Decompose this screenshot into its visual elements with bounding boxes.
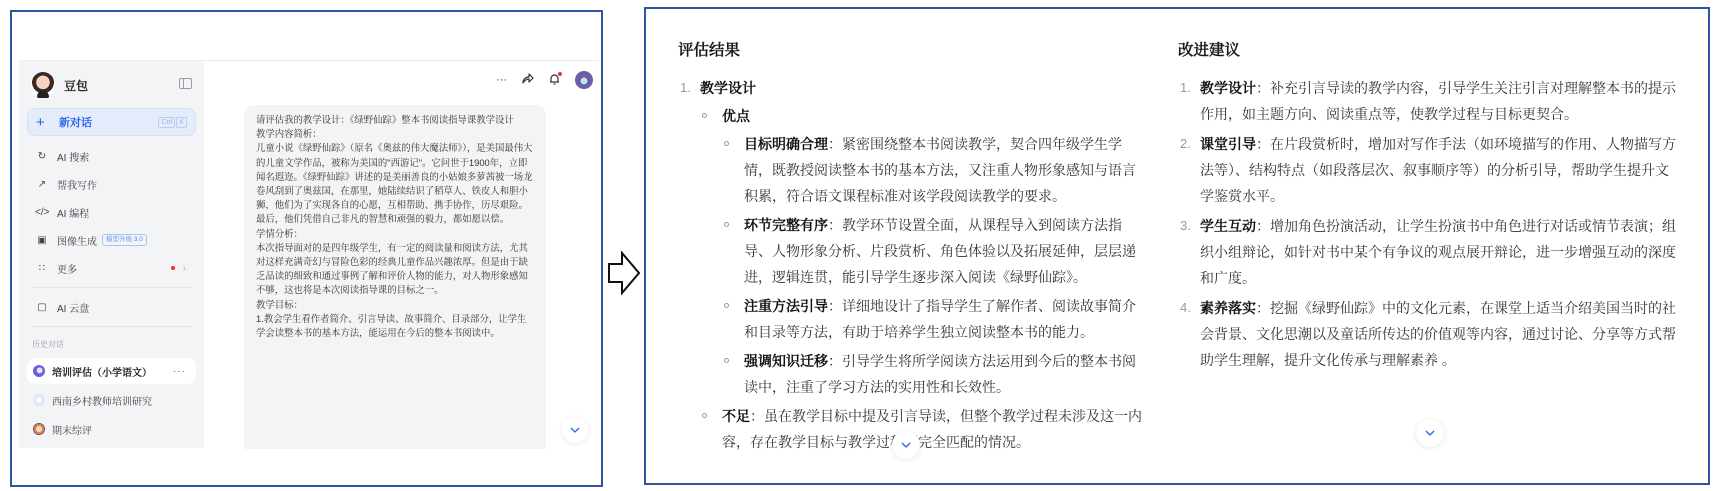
improvement-text: ：补充引言导读的教学内容，引导学生关注引言对理解整本书的提示作用，如主题方向、阅… [1200, 80, 1676, 122]
evaluation-item: 1. 教学设计 [678, 75, 1148, 101]
doubao-avatar-icon [31, 72, 55, 98]
result-frame: 评估结果 1. 教学设计 优点 目标明确合理：紧密围绕整本书阅读教学，契合四年级… [644, 7, 1710, 485]
user-message-bubble: 请评估我的教学设计：《绿野仙踪》整本书阅读指导课教学设计 教学内容简析： 儿童小… [244, 105, 546, 449]
pro-point-title: 注重方法引导 [744, 298, 828, 314]
pro-point: 强调知识迁移：引导学生将所学阅读方法运用到今后的整本书阅读中，注重了学习方法的实… [722, 348, 1148, 400]
bullet-circle [702, 113, 707, 118]
scroll-to-bottom-button[interactable] [562, 417, 588, 443]
cons-text: ：虽在教学目标中提及引言导读，但整个教学过程未涉及这一内容，存在教学目标与教学过… [722, 408, 1142, 450]
pro-point: 注重方法引导：详细地设计了指导学生了解作者、阅读故事简介和目录等方法，有助于培养… [722, 293, 1148, 345]
pros-list: 目标明确合理：紧密围绕整本书阅读教学，契合四年级学生学情，既教授阅读整本书的基本… [722, 131, 1148, 400]
sidebar-item-cloud[interactable]: ▢ AI 云盘 [27, 293, 196, 321]
sidebar-item-ai-coding[interactable]: </> AI 编程 [27, 198, 196, 226]
writing-icon: ↗ [35, 179, 49, 190]
list-number: 2. [1180, 131, 1191, 157]
brand: 豆包 [27, 69, 196, 101]
image-gen-icon: ▣ [35, 235, 49, 246]
pros-label: 优点 [722, 108, 750, 124]
chat-bubble-icon [33, 394, 45, 406]
chat-topbar: ··· [496, 71, 593, 89]
divider [31, 287, 192, 288]
divider [31, 326, 192, 327]
improvement-item: 2. 课堂引导：在片段赏析时，增加对写作手法（如环境描写的作用、人物描写方法等）… [1178, 131, 1678, 209]
list-number: 1. [1180, 75, 1191, 101]
improvement-title: 课堂引导 [1200, 136, 1256, 152]
chat-main: ··· 请评估我的教学设计：《绿野仙踪》整本书阅读指导课教学设计 教学内容简析：… [204, 61, 599, 448]
cloud-drive-icon: ▢ [35, 302, 49, 313]
scroll-to-bottom-button[interactable] [1416, 419, 1444, 447]
pro-point-title: 目标明确合理 [744, 136, 828, 152]
kbd-k: K [176, 117, 187, 128]
list-number: 1. [680, 75, 691, 101]
improvement-title: 素养落实 [1200, 300, 1256, 316]
more-options-icon[interactable]: ··· [496, 74, 507, 86]
code-icon: </> [35, 207, 49, 218]
pro-point-title: 环节完整有序 [744, 217, 828, 233]
sidebar-item-image-gen[interactable]: ▣ 图像生成 模型升级 3.0 [27, 226, 196, 254]
before-screenshot-frame: 豆包 + 新对话 Ctrl K ↻ AI 搜索 ↗ 帮我写作 [10, 10, 603, 487]
improvement-item: 1. 教学设计：补充引言导读的教学内容，引导学生关注引言对理解整本书的提示作用，… [1178, 75, 1678, 127]
bullet-circle [724, 222, 729, 227]
new-chat-label: 新对话 [59, 114, 92, 130]
sidebar-item-label: 图像生成 [57, 233, 97, 248]
sidebar-item-label: AI 搜索 [57, 149, 89, 164]
improvements-column: 改进建议 1. 教学设计：补充引言导读的教学内容，引导学生关注引言对理解整本书的… [1178, 41, 1678, 377]
cons-section: 不足：虽在教学目标中提及引言导读，但整个教学过程未涉及这一内容，存在教学目标与教… [700, 403, 1148, 455]
pros-section: 优点 目标明确合理：紧密围绕整本书阅读教学，契合四年级学生学情，既教授阅读整本书… [700, 103, 1148, 400]
sidebar-item-label: AI 编程 [57, 205, 89, 220]
doubao-app-window: 豆包 + 新对话 Ctrl K ↻ AI 搜索 ↗ 帮我写作 [19, 60, 599, 448]
brand-name: 豆包 [64, 77, 88, 94]
more-options-icon[interactable]: ··· [173, 366, 186, 377]
chevron-down-icon [570, 427, 580, 433]
more-grid-icon: ∷ [35, 263, 49, 274]
sidebar-item-label: 帮我写作 [57, 177, 97, 192]
plus-icon: + [36, 114, 50, 131]
improvements-title: 改进建议 [1178, 41, 1678, 61]
bullet-circle [702, 413, 707, 418]
improvement-title: 教学设计 [1200, 80, 1256, 96]
improvements-list: 1. 教学设计：补充引言导读的教学内容，引导学生关注引言对理解整本书的提示作用，… [1178, 75, 1678, 373]
evaluation-title: 评估结果 [678, 41, 1148, 61]
pro-point-title: 强调知识迁移 [744, 353, 828, 369]
sidebar-item-label: 更多 [57, 261, 77, 276]
notification-bell-icon[interactable] [549, 73, 560, 88]
sidebar-toggle-icon[interactable] [179, 78, 192, 89]
model-upgrade-badge: 模型升级 3.0 [102, 234, 147, 246]
improvement-title: 学生互动 [1200, 218, 1256, 234]
sidebar-nav: ↻ AI 搜索 ↗ 帮我写作 </> AI 编程 ▣ 图像生成 模型升级 3.0 [27, 142, 196, 327]
chat-avatar-icon [33, 365, 45, 377]
evaluation-item-label: 教学设计 [700, 80, 756, 96]
scroll-to-bottom-button[interactable] [892, 431, 920, 459]
history-item-active[interactable]: 培训评估（小学语文） ··· [27, 358, 196, 384]
user-avatar[interactable] [575, 71, 593, 89]
bullet-circle [724, 303, 729, 308]
chevron-down-icon [1425, 430, 1435, 436]
chevron-down-icon [901, 442, 911, 448]
shortcut-hint: Ctrl K [158, 117, 187, 128]
sidebar-item-writing[interactable]: ↗ 帮我写作 [27, 170, 196, 198]
bullet-circle [724, 358, 729, 363]
improvement-item: 4. 素养落实：挖掘《绿野仙踪》中的文化元素，在课堂上适当介绍美国当时的社会背景… [1178, 295, 1678, 373]
sidebar-item-more[interactable]: ∷ 更多 › [27, 254, 196, 282]
sidebar: 豆包 + 新对话 Ctrl K ↻ AI 搜索 ↗ 帮我写作 [19, 61, 204, 448]
history-section-title: 历史对话 [27, 339, 196, 355]
history-item-label: 培训评估（小学语文） [52, 364, 152, 379]
list-number: 3. [1180, 213, 1191, 239]
history-item[interactable]: 期末综评 [27, 416, 196, 442]
improvement-text: ：在片段赏析时，增加对写作手法（如环境描写的作用、人物描写方法等）、结构特点（如… [1200, 136, 1676, 204]
sidebar-item-label: AI 云盘 [57, 300, 89, 315]
ai-search-icon: ↻ [35, 151, 49, 162]
chevron-right-icon: › [183, 263, 186, 274]
cons-label: 不足 [722, 408, 750, 424]
share-icon[interactable] [522, 73, 534, 87]
bullet-circle [724, 141, 729, 146]
history-item-label: 期末综评 [52, 422, 92, 437]
pro-point: 环节完整有序：教学环节设置全面，从课程导入到阅读方法指导、人物形象分析、片段赏析… [722, 212, 1148, 290]
improvement-text: ：挖掘《绿野仙踪》中的文化元素，在课堂上适当介绍美国当时的社会背景、文化思潮以及… [1200, 300, 1676, 368]
transition-arrow-icon [607, 251, 641, 295]
improvement-text: ：增加角色扮演活动，让学生扮演书中角色进行对话或情节表演；组织小组辩论，如针对书… [1200, 218, 1676, 286]
history-item-label: 西南乡村教师培训研究 [52, 393, 152, 408]
new-chat-button[interactable]: + 新对话 Ctrl K [27, 108, 196, 136]
pro-point: 目标明确合理：紧密围绕整本书阅读教学，契合四年级学生学情，既教授阅读整本书的基本… [722, 131, 1148, 209]
notification-dot [558, 72, 562, 76]
evaluation-column: 评估结果 1. 教学设计 优点 目标明确合理：紧密围绕整本书阅读教学，契合四年级… [678, 41, 1148, 455]
improvement-item: 3. 学生互动：增加角色扮演活动，让学生扮演书中角色进行对话或情节表演；组织小组… [1178, 213, 1678, 291]
history-item[interactable]: 西南乡村教师培训研究 [27, 387, 196, 413]
notification-dot [171, 266, 175, 270]
kbd-ctrl: Ctrl [158, 117, 175, 128]
list-number: 4. [1180, 295, 1191, 321]
chat-avatar-icon [33, 423, 45, 435]
sidebar-item-ai-search[interactable]: ↻ AI 搜索 [27, 142, 196, 170]
